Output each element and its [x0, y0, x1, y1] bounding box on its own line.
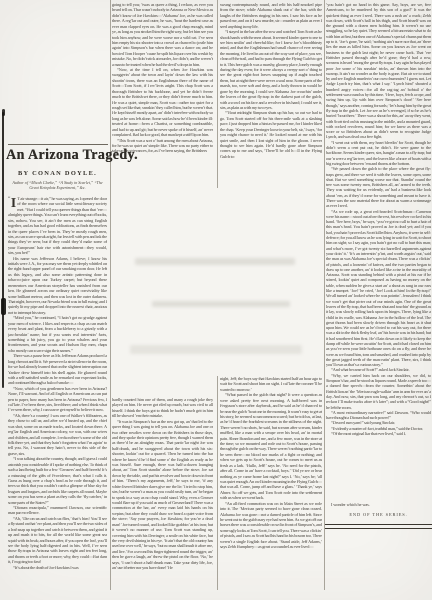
paragraph: ‘you hain’t got no hand in this game. Sa…	[326, 2, 431, 140]
paragraph: “Ah, ‘Die-on-us-and-catch-us-flies,’ tha…	[8, 516, 107, 565]
ink-show-through	[130, 345, 302, 354]
paragraph: “I was talking about the country, though…	[8, 456, 107, 505]
paragraph: “A most extraordinary narrative!” said D…	[326, 410, 431, 421]
column-rule-1	[110, 0, 111, 590]
paragraph: “I went out with them, my heart bleedin’…	[326, 140, 431, 166]
paragraph: “I stayed in the bar after the row and w…	[220, 29, 322, 110]
paragraph: “What passed in the gulch that night? It…	[220, 392, 322, 500]
story-column-1: “IT air strange—it air,” he was saying, …	[8, 196, 107, 590]
story-author-line: Author of “Micah Clarke,” “A Study in Sc…	[10, 181, 105, 191]
paragraph: swung contemptuously round, and relit hi…	[220, 2, 322, 29]
paragraph: “An all-fired commotion was on in Main S…	[220, 501, 322, 550]
opening-paragraph: “IT air strange—it air,” he was saying, …	[8, 196, 107, 256]
paragraph: “Ah, there’s a country! I was one of Wal…	[8, 413, 107, 456]
paragraph: “Mind you,” he continued, “I hain’t got …	[8, 315, 107, 353]
paragraph: “We passed down the gulch to the place w…	[326, 166, 431, 208]
ink-show-through	[135, 258, 295, 265]
paragraph: night, Jeff; the boys say that Hawkins s…	[220, 376, 322, 392]
paragraph: “’Bout midnight Simpson shuts up his bar…	[220, 110, 322, 159]
paragraph: There was a pause here as Mr. Jefferson …	[8, 353, 107, 386]
paragraph: “Now, at the time I tell on, when Joe Ha…	[112, 67, 213, 137]
story-column-4: ‘you hain’t got no hand in this game. Sa…	[326, 2, 431, 500]
column-rule-2-lower	[217, 376, 218, 590]
end-double-rule	[325, 524, 432, 529]
story-column-2-lower: hardly counted him one of them, and many…	[112, 397, 213, 588]
opening-paragraph-text: T air strange—it air,” he was saying, as…	[8, 196, 107, 255]
story-column-3-lower: night, Jeff; the boys say that Hawkins s…	[220, 376, 322, 588]
page-title: An Arizona Tragedy.	[6, 147, 109, 169]
paragraph: “It’s about the death of Joe Hawkins I w…	[8, 565, 107, 570]
paragraph: “As we rode up, a great red-bearded Scot…	[326, 209, 431, 368]
column-rule-2-upper	[217, 0, 218, 188]
ink-show-through	[152, 301, 290, 307]
column-rule-3	[324, 0, 325, 590]
paragraph: hardly counted him one of them, and many…	[112, 397, 213, 419]
closing-line: I wonder which he was.	[326, 502, 431, 507]
blank-illustration-area-top-left	[8, 0, 107, 142]
story-column-2-upper: going to tell you; ’twas as queer a thin…	[112, 2, 213, 184]
paragraph: “Why, we carried him back on our shoulde…	[326, 373, 431, 410]
scan-edge-artifact	[2, 112, 4, 388]
paragraph: “This Scott was a sort o’ butt among the…	[112, 138, 213, 154]
paragraph: “Dionæa muscipula,” murmured Dawson, our…	[8, 505, 107, 516]
story-column-3-upper: swung contemptuously round, and relit hi…	[220, 2, 322, 191]
paragraph: “Of the most original liar that ever liv…	[326, 431, 431, 436]
paragraph: “Now, which of you gentlemen has ever be…	[8, 386, 107, 413]
paragraph: “It was in Simpson’s bar as the row got …	[112, 419, 213, 571]
story-byline: BY CONAN DOYLE.	[8, 170, 107, 177]
scan-edge-artifact	[2, 109, 6, 116]
title-divider-rule	[8, 144, 108, 145]
scanned-story-page: An Arizona Tragedy. BY CONAN DOYLE. Auth…	[0, 0, 432, 600]
scan-edge-artifact	[1, 298, 6, 315]
end-of-series-note: END OF THE SERIES.	[326, 512, 431, 517]
paragraph: His name was Jefferson Adams, I believe;…	[8, 256, 107, 316]
paragraph: going to tell you; ’twas as queer a thin…	[112, 2, 213, 67]
